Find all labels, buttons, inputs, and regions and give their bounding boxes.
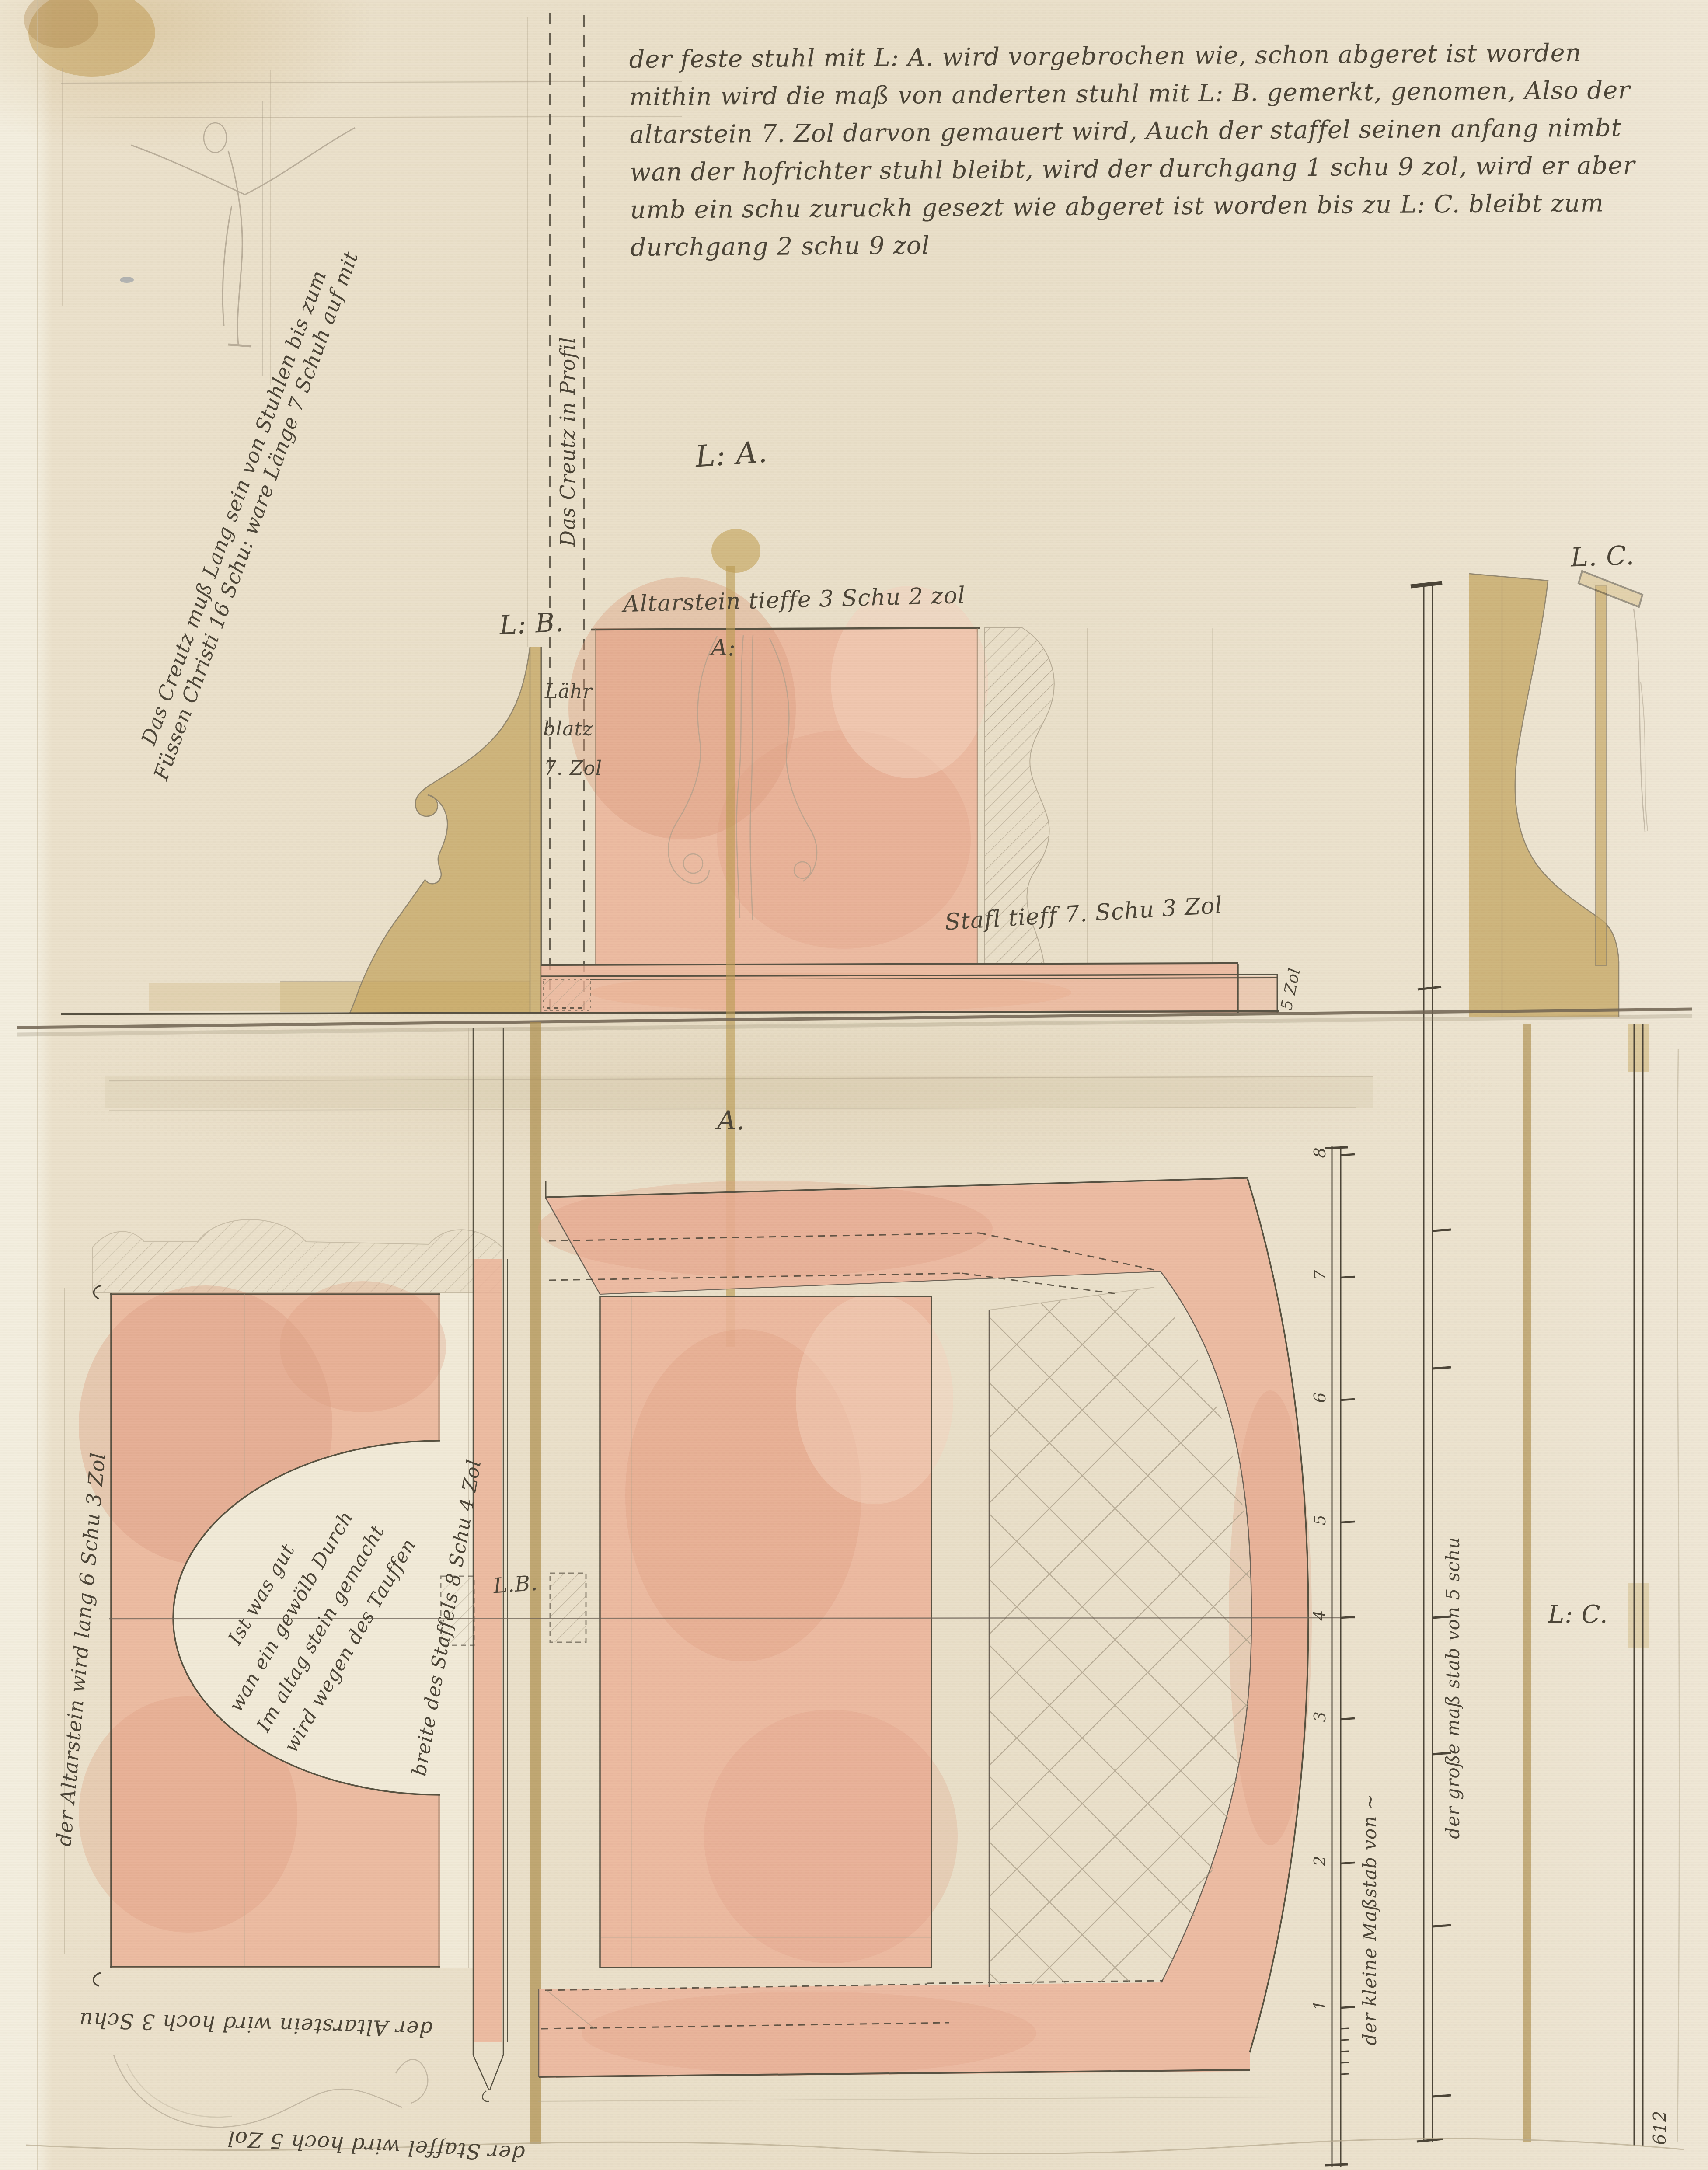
cross-profile-caption: Das Creutz in Profil bbox=[556, 337, 579, 547]
scale-number-6: 6 bbox=[1310, 1392, 1329, 1403]
laehr-caption-2: blatz bbox=[543, 718, 593, 740]
label-lc: L. C. bbox=[1570, 540, 1635, 573]
scale-number-4: 4 bbox=[1310, 1609, 1329, 1620]
pencil-guides-top bbox=[61, 68, 682, 385]
label-a-plan: A. bbox=[717, 1105, 745, 1136]
left-bracket-shape bbox=[350, 647, 541, 1013]
scale-small bbox=[1325, 1146, 1355, 2167]
note-line-6: durchgang 2 schu 9 zol bbox=[630, 222, 1636, 267]
scale-number-2: 2 bbox=[1310, 1855, 1329, 1866]
manuscript-page: der feste stuhl mit L: A. wird vorgebroc… bbox=[0, 0, 1708, 2170]
kleine-masstab-caption: der kleine Maßstab von ~ bbox=[1359, 1794, 1380, 2045]
label-lb: L: B. bbox=[498, 607, 565, 641]
scale-number-7: 7 bbox=[1310, 1269, 1329, 1280]
tan-line-right bbox=[1523, 1024, 1531, 2142]
anchor-square-right bbox=[550, 1573, 586, 1642]
scale-number-3: 3 bbox=[1310, 1711, 1329, 1722]
label-la: L: A. bbox=[694, 435, 769, 474]
lc-batten bbox=[1579, 571, 1642, 607]
floor-wash-left bbox=[149, 983, 280, 1011]
label-lc-plan: L: C. bbox=[1548, 1600, 1608, 1629]
note-line-5: umb ein schu zuruckh gesezt wie abgeret … bbox=[630, 185, 1636, 229]
altar-block-elevation bbox=[568, 577, 988, 964]
grosse-masstab-caption: der große maß stab von 5 schu bbox=[1442, 1536, 1464, 1839]
laehr-caption-3: 7. Zol bbox=[544, 757, 602, 780]
note-line-1: der feste stuhl mit L: A. wird vorgebroc… bbox=[629, 34, 1635, 79]
scale-number-1: 1 bbox=[1310, 1999, 1329, 2010]
wall-line-lc bbox=[1628, 1024, 1649, 2146]
note-line-2: mithin wird die maß von anderten stuhl m… bbox=[629, 72, 1635, 116]
drawing-layer bbox=[0, 0, 1708, 2170]
pilaster-strip bbox=[469, 1028, 508, 2101]
note-block: der feste stuhl mit L: A. wird vorgebroc… bbox=[629, 34, 1636, 267]
right-bracket-shape bbox=[1469, 574, 1648, 1017]
note-line-4: wan der hofrichter stuhl bleibt, wird de… bbox=[630, 147, 1635, 192]
scale-number-8: 8 bbox=[1310, 1147, 1329, 1158]
page-number: 612 bbox=[1650, 2110, 1670, 2145]
label-lb-plan: L.B. bbox=[492, 1571, 538, 1599]
scroll-sketch-bottom bbox=[114, 2055, 428, 2127]
scale-number-5: 5 bbox=[1310, 1514, 1329, 1525]
laehr-caption-1: Lähr bbox=[545, 680, 593, 703]
note-line-3: altarstein 7. Zol darvon gemauert wird, … bbox=[629, 109, 1635, 154]
label-a-elevation: A: bbox=[711, 635, 736, 661]
wall-section-hatched bbox=[93, 1219, 502, 1292]
inner-altar-square bbox=[600, 1294, 958, 1968]
scale-rod-right bbox=[1411, 583, 1451, 2142]
